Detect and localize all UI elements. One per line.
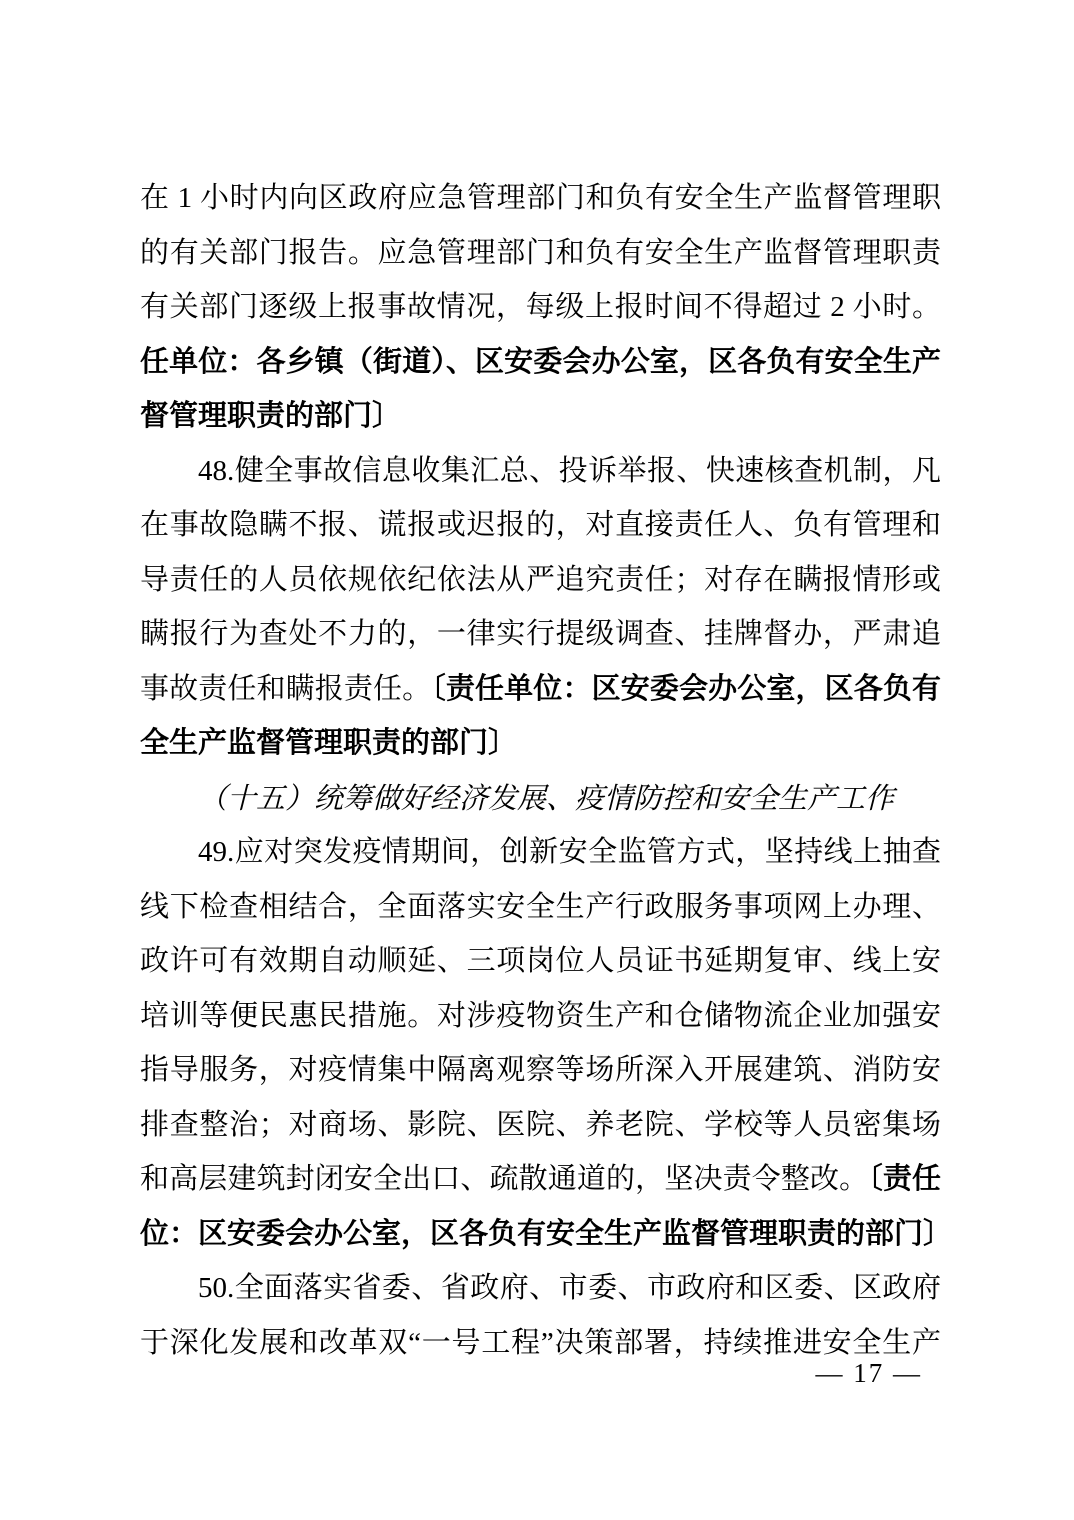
section-heading-15: （十五）统筹做好经济发展、疫情防控和安全生产工作 — [140, 771, 941, 826]
text-segment-body: 在事故隐瞒不报、谎报或迟报的，对直接责任人、负有管理和领 — [140, 509, 941, 553]
text-line: 49.应对突发疫情期间，创新安全监管方式，坚持线上抽查和 — [140, 825, 941, 880]
text-segment-body: 线下检查相结合，全面落实安全生产行政服务事项网上办理、行 — [140, 891, 941, 935]
text-line: 导责任的人员依规依纪依法从严追究责任；对存在瞒报情形或对 — [140, 553, 941, 608]
text-line: 在 1 小时内向区政府应急管理部门和负有安全生产监督管理职责 — [140, 171, 941, 226]
text-segment-body: 事故责任和瞒报责任。 — [140, 673, 431, 705]
text-line: 瞒报行为查处不力的，一律实行提级调查、挂牌督办，严肃追究 — [140, 607, 941, 662]
text-line: （十五）统筹做好经济发展、疫情防控和安全生产工作 — [140, 771, 941, 826]
text-segment-body: 于深化发展和改革双“一号工程”决策部署，持续推进安全生产 — [140, 1327, 941, 1359]
text-line: 事故责任和瞒报责任。〔责任单位：区安委会办公室，区各负有安 — [140, 662, 941, 717]
text-segment-kai: （十五）统筹做好经济发展、疫情防控和安全生产工作 — [198, 781, 894, 815]
text-line: 有关部门逐级上报事故情况，每级上报时间不得超过 2 小时。〔责 — [140, 280, 941, 335]
text-line: 线下检查相结合，全面落实安全生产行政服务事项网上办理、行 — [140, 880, 941, 935]
text-segment-body: 指导服务，对疫情集中隔离观察等场所深入开展建筑、消防安全 — [140, 1054, 941, 1098]
paragraph-49: 49.应对突发疫情期间，创新安全监管方式，坚持线上抽查和线下检查相结合，全面落实… — [140, 825, 941, 1261]
text-segment-body: 的有关部门报告。应急管理部门和负有安全生产监督管理职责的 — [140, 237, 941, 281]
paragraph-50: 50.全面落实省委、省政府、市委、市政府和区委、区政府关于深化发展和改革双“一号… — [140, 1261, 941, 1370]
paragraph-48: 48.健全事故信息收集汇总、投诉举报、快速核查机制，凡存在事故隐瞒不报、谎报或迟… — [140, 444, 941, 771]
text-line: 培训等便民惠民措施。对涉疫物资生产和仓储物流企业加强安全 — [140, 989, 941, 1044]
text-segment-body: 培训等便民惠民措施。对涉疫物资生产和仓储物流企业加强安全 — [140, 1000, 941, 1044]
text-line: 位：区安委会办公室，区各负有安全生产监督管理职责的部门〕 — [140, 1207, 941, 1262]
text-line: 政许可有效期自动顺延、三项岗位人员证书延期复审、线上安全 — [140, 934, 941, 989]
text-line: 督管理职责的部门〕 — [140, 389, 941, 444]
text-segment-body: 政许可有效期自动顺延、三项岗位人员证书延期复审、线上安全 — [140, 945, 941, 989]
text-line: 的有关部门报告。应急管理部门和负有安全生产监督管理职责的 — [140, 226, 941, 281]
text-segment-body: 48.健全事故信息收集汇总、投诉举报、快速核查机制，凡存 — [140, 455, 941, 499]
text-line: 和高层建筑封闭安全出口、疏散通道的，坚决责令整改。〔责任单 — [140, 1152, 941, 1207]
text-line: 指导服务，对疫情集中隔离观察等场所深入开展建筑、消防安全 — [140, 1043, 941, 1098]
document-page: 在 1 小时内向区政府应急管理部门和负有安全生产监督管理职责的有关部门报告。应急… — [0, 0, 1074, 1520]
text-segment-body: 和高层建筑封闭安全出口、疏散通道的，坚决责令整改。 — [140, 1163, 868, 1195]
text-segment-body: 49.应对突发疫情期间，创新安全监管方式，坚持线上抽查和 — [140, 836, 941, 880]
text-line: 全生产监督管理职责的部门〕 — [140, 716, 941, 771]
text-segment-body: 瞒报行为查处不力的，一律实行提级调查、挂牌督办，严肃追究 — [140, 618, 941, 662]
text-segment-body: 在 1 小时内向区政府应急管理部门和负有安全生产监督管理职责 — [140, 182, 941, 226]
paragraph-47-continuation: 在 1 小时内向区政府应急管理部门和负有安全生产监督管理职责的有关部门报告。应急… — [140, 171, 941, 444]
text-segment-body: 排查整治；对商场、影院、医院、养老院、学校等人员密集场所 — [140, 1109, 941, 1153]
page-number: — 17 — — [816, 1356, 923, 1390]
text-segment-body: 有关部门逐级上报事故情况，每级上报时间不得超过 2 小时。 — [140, 291, 941, 323]
text-segment-bold: 督管理职责的部门〕 — [140, 400, 401, 432]
text-line: 50.全面落实省委、省政府、市委、市政府和区委、区政府关 — [140, 1261, 941, 1316]
text-segment-bold: 全生产监督管理职责的部门〕 — [140, 727, 517, 759]
text-segment-body: 50.全面落实省委、省政府、市委、市政府和区委、区政府关 — [140, 1272, 941, 1316]
text-segment-bold: 位：区安委会办公室，区各负有安全生产监督管理职责的部门〕 — [140, 1218, 941, 1250]
text-segment-body: 导责任的人员依规依纪依法从严追究责任；对存在瞒报情形或对 — [140, 564, 941, 608]
text-line: 在事故隐瞒不报、谎报或迟报的，对直接责任人、负有管理和领 — [140, 498, 941, 553]
text-line: 48.健全事故信息收集汇总、投诉举报、快速核查机制，凡存 — [140, 444, 941, 499]
text-line: 排查整治；对商场、影院、医院、养老院、学校等人员密集场所 — [140, 1098, 941, 1153]
text-line: 任单位：各乡镇（街道）、区安委会办公室，区各负有安全生产监 — [140, 335, 941, 390]
text-block: 在 1 小时内向区政府应急管理部门和负有安全生产监督管理职责的有关部门报告。应急… — [140, 171, 941, 1370]
text-segment-bold: 任单位：各乡镇（街道）、区安委会办公室，区各负有安全生产监 — [140, 346, 941, 390]
